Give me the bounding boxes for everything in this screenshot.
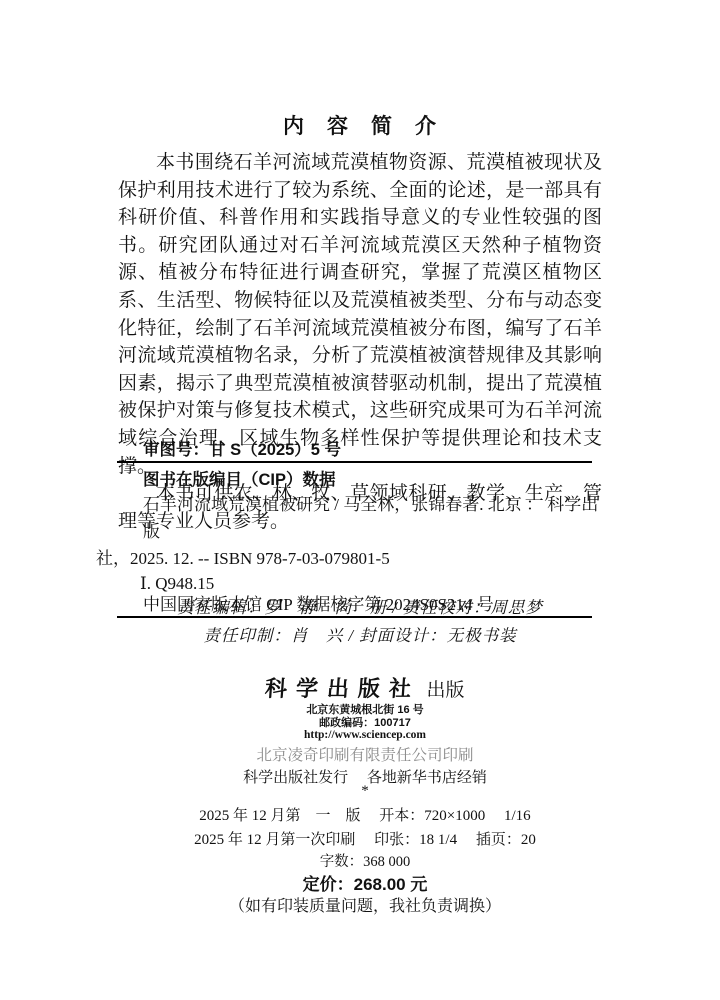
cip-entry-line-2: 社，2025. 12. -- ISBN 978-7-03-079801-5 [96,545,602,572]
printer-name: 北京凌奇印刷有限责任公司印刷 [118,746,612,765]
edition-line: 2025 年 12 月第 一 版 开本：720×1000 1/16 [118,807,612,825]
publish-label: 出版 [427,680,465,701]
imprint-block: * 2025 年 12 月第 一 版 开本：720×1000 1/16 2025… [118,783,612,917]
separator-star: * [118,783,612,799]
price: 定价：268.00 元 [118,874,612,895]
publisher-logo-line: 科学出版社 出版 [118,677,612,701]
page-title: 内 容 简 介 [118,110,602,140]
book-copyright-page: 内 容 简 介 本书围绕石羊河流域荒漠植物资源、荒漠植被现状及保护利用技术进行了… [0,0,720,1000]
cip-entry-line-1: 石羊河流域荒漠植被研究 / 马全林，张锦春著. 北京 ： 科学出版 [143,491,602,545]
horizontal-rule-top [117,461,592,463]
cip-classification: Ⅰ. Q948.15 [140,572,602,596]
map-approval-number: 审图号：甘 S（2025）5 号 [143,440,602,461]
intro-paragraph-1: 本书围绕石羊河流域荒漠植物资源、荒漠植被现状及保护利用技术进行了较为系统、全面的… [118,149,602,480]
cip-heading: 图书在版编目（CIP）数据 [143,469,602,491]
editor-credits-line: 责任编辑：罗 静 尚 册 / 责任校对：周思梦 [110,594,610,622]
publisher-website: http://www.sciencep.com [118,729,612,742]
science-press-logo: 科学出版社 [265,677,422,701]
word-count: 字数：368 000 [118,853,612,871]
staff-credits: 责任编辑：罗 静 尚 册 / 责任校对：周思梦 责任印制：肖 兴 / 封面设计：… [110,594,610,650]
cip-block: 审图号：甘 S（2025）5 号 图书在版编目（CIP）数据 石羊河流域荒漠植被… [96,437,602,618]
publisher-address: 北京东黄城根北街 16 号 [118,704,612,717]
quality-notice: （如有印装质量问题，我社负责调换） [118,897,612,917]
printing-credits-line: 责任印制：肖 兴 / 封面设计：无极书装 [110,622,610,650]
publisher-block: 科学出版社 出版 北京东黄城根北街 16 号 邮政编码：100717 http:… [118,677,612,788]
publisher-postcode: 邮政编码：100717 [118,717,612,730]
printing-line: 2025 年 12 月第一次印刷 印张：18 1/4 插页：20 [118,831,612,849]
